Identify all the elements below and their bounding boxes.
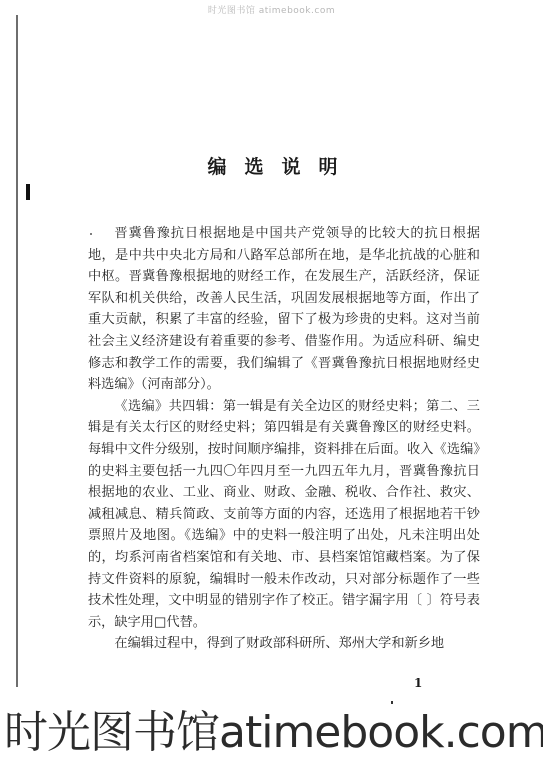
- document-body: 晋冀鲁豫抗日根据地是中国共产党领导的比较大的抗日根据地，是中共中央北方局和八路军…: [88, 223, 480, 655]
- page-edge-line: [16, 15, 18, 687]
- paragraph-acknowledgement: 在编辑过程中，得到了财政部科研所、郑州大学和新乡地: [88, 633, 480, 655]
- watermark-header: 时光图书馆 atimebook.com: [0, 3, 543, 16]
- watermark-footer: 时光图书馆atimebook.com: [4, 707, 543, 759]
- document-title: 编选说明: [0, 152, 543, 179]
- paragraph-intro: 晋冀鲁豫抗日根据地是中国共产党领导的比较大的抗日根据地，是中共中央北方局和八路军…: [88, 223, 480, 396]
- speck-mark-bottom: [391, 701, 393, 704]
- paragraph-contents: 《选编》共四辑：第一辑是有关全边区的财经史料；第二、三辑是有关太行区的财经史料；…: [88, 396, 480, 634]
- page-number: 1: [414, 676, 422, 690]
- margin-mark: [26, 184, 30, 200]
